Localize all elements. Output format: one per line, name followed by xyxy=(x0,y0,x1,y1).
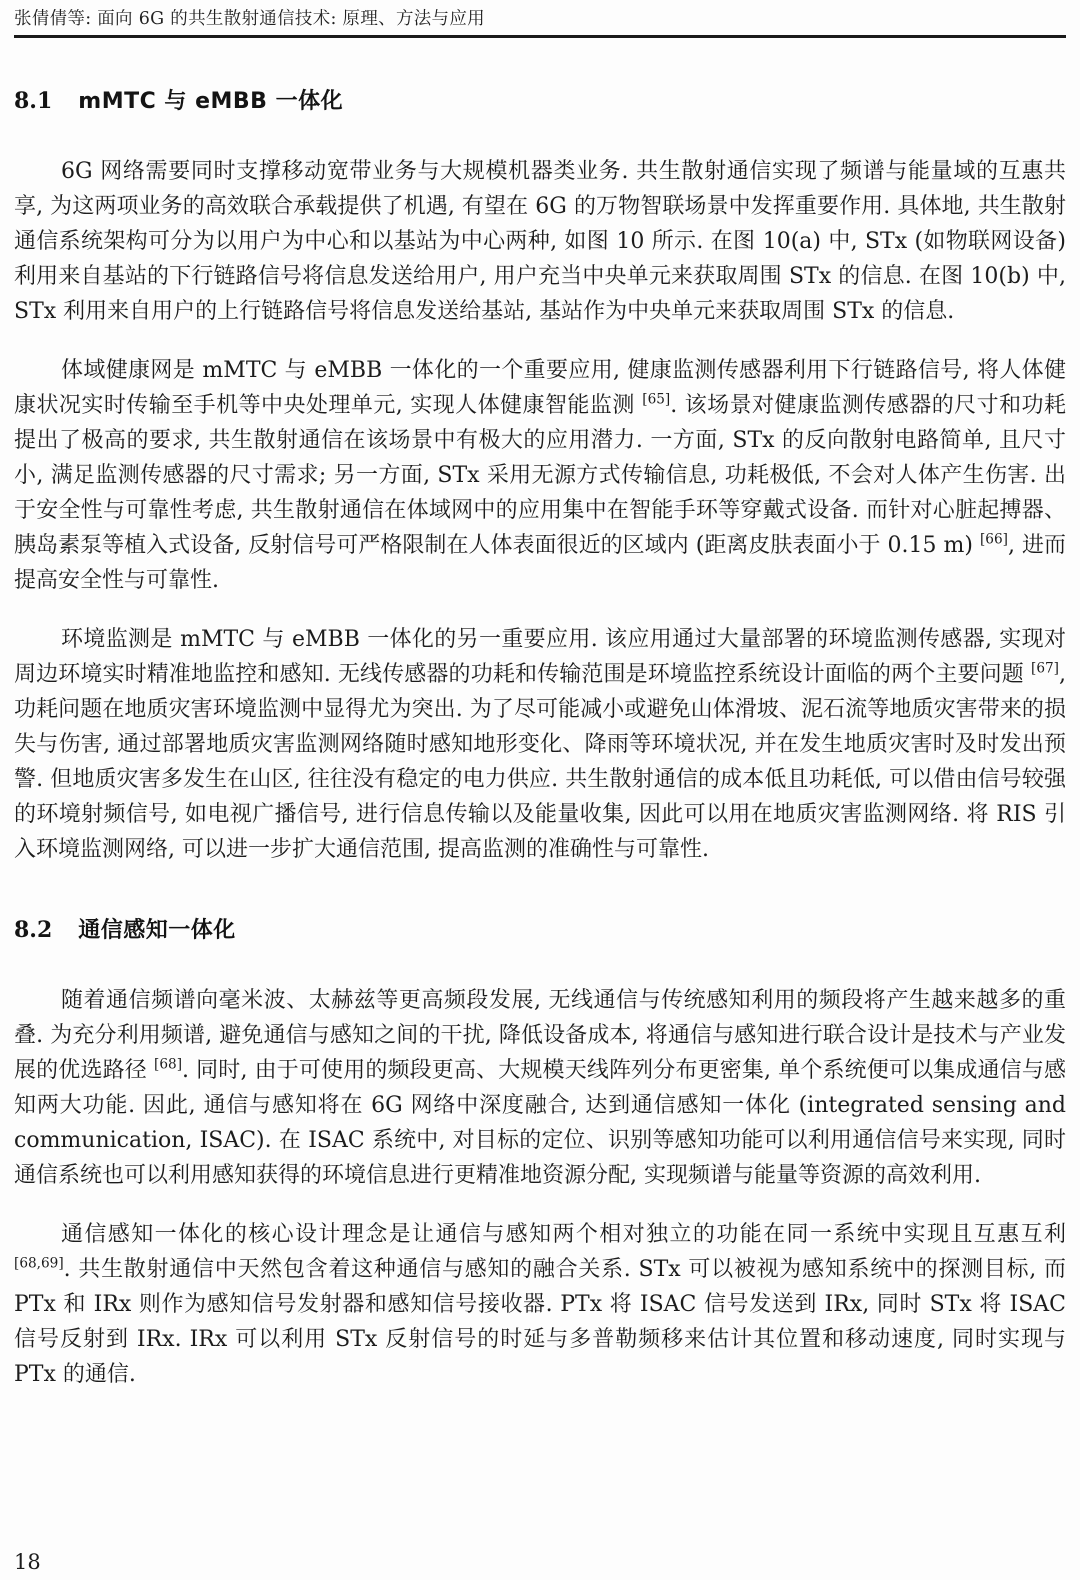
paragraph-text: . 共生散射通信中天然包含着这种通信与感知的融合关系. STx 可以被视为感知系… xyxy=(14,1257,1066,1387)
document-page: 张倩倩等: 面向 6G 的共生散射通信技术: 原理、方法与应用 8.1mMTC … xyxy=(0,0,1080,1580)
section-8-1-paragraphs: 6G 网络需要同时支撑移动宽带业务与大规模机器类业务. 共生散射通信实现了频谱与… xyxy=(14,154,1066,867)
paragraph-text: 6G 网络需要同时支撑移动宽带业务与大规模机器类业务. 共生散射通信实现了频谱与… xyxy=(14,159,1066,324)
section-8-1: 8.1mMTC 与 eMBB 一体化 6G 网络需要同时支撑移动宽带业务与大规模… xyxy=(14,86,1066,867)
header-rule xyxy=(14,35,1066,38)
section-8-2: 8.2通信感知一体化 随着通信频谱向毫米波、太赫兹等更高频段发展, 无线通信与传… xyxy=(14,915,1066,1392)
running-title: 张倩倩等: 面向 6G 的共生散射通信技术: 原理、方法与应用 xyxy=(14,8,1066,30)
section-heading-8-1: 8.1mMTC 与 eMBB 一体化 xyxy=(14,86,1066,117)
paragraph: 环境监测是 mMTC 与 eMBB 一体化的另一重要应用. 该应用通过大量部署的… xyxy=(14,622,1066,867)
section-number: 8.1 xyxy=(14,88,52,114)
page-header: 张倩倩等: 面向 6G 的共生散射通信技术: 原理、方法与应用 xyxy=(14,8,1066,38)
paragraph: 随着通信频谱向毫米波、太赫兹等更高频段发展, 无线通信与传统感知利用的频段将产生… xyxy=(14,983,1066,1193)
paragraph: 6G 网络需要同时支撑移动宽带业务与大规模机器类业务. 共生散射通信实现了频谱与… xyxy=(14,154,1066,329)
section-number: 8.2 xyxy=(14,917,52,943)
page-number: 18 xyxy=(14,1550,41,1574)
paragraph: 体域健康网是 mMTC 与 eMBB 一体化的一个重要应用, 健康监测传感器利用… xyxy=(14,353,1066,598)
section-title: 通信感知一体化 xyxy=(78,918,236,943)
paragraph-text: . 同时, 由于可使用的频段更高、大规模天线阵列分布更密集, 单个系统便可以集成… xyxy=(14,1058,1066,1188)
citation-ref: [68] xyxy=(154,1057,182,1073)
paragraph-text: , 功耗问题在地质灾害环境监测中显得尤为突出. 为了尽可能减小或避免山体滑坡、泥… xyxy=(14,662,1066,862)
section-title: mMTC 与 eMBB 一体化 xyxy=(78,89,343,114)
section-heading-8-2: 8.2通信感知一体化 xyxy=(14,915,1066,946)
citation-ref: [65] xyxy=(642,392,670,408)
page-body: 8.1mMTC 与 eMBB 一体化 6G 网络需要同时支撑移动宽带业务与大规模… xyxy=(14,86,1066,1392)
paragraph-text: 通信感知一体化的核心设计理念是让通信与感知两个相对独立的功能在同一系统中实现且互… xyxy=(61,1222,1066,1247)
citation-ref: [67] xyxy=(1031,661,1059,677)
citation-ref: [68,69] xyxy=(14,1256,64,1272)
section-8-2-paragraphs: 随着通信频谱向毫米波、太赫兹等更高频段发展, 无线通信与传统感知利用的频段将产生… xyxy=(14,983,1066,1392)
citation-ref: [66] xyxy=(980,532,1008,548)
paragraph-text: 环境监测是 mMTC 与 eMBB 一体化的另一重要应用. 该应用通过大量部署的… xyxy=(14,627,1066,687)
paragraph: 通信感知一体化的核心设计理念是让通信与感知两个相对独立的功能在同一系统中实现且互… xyxy=(14,1217,1066,1392)
